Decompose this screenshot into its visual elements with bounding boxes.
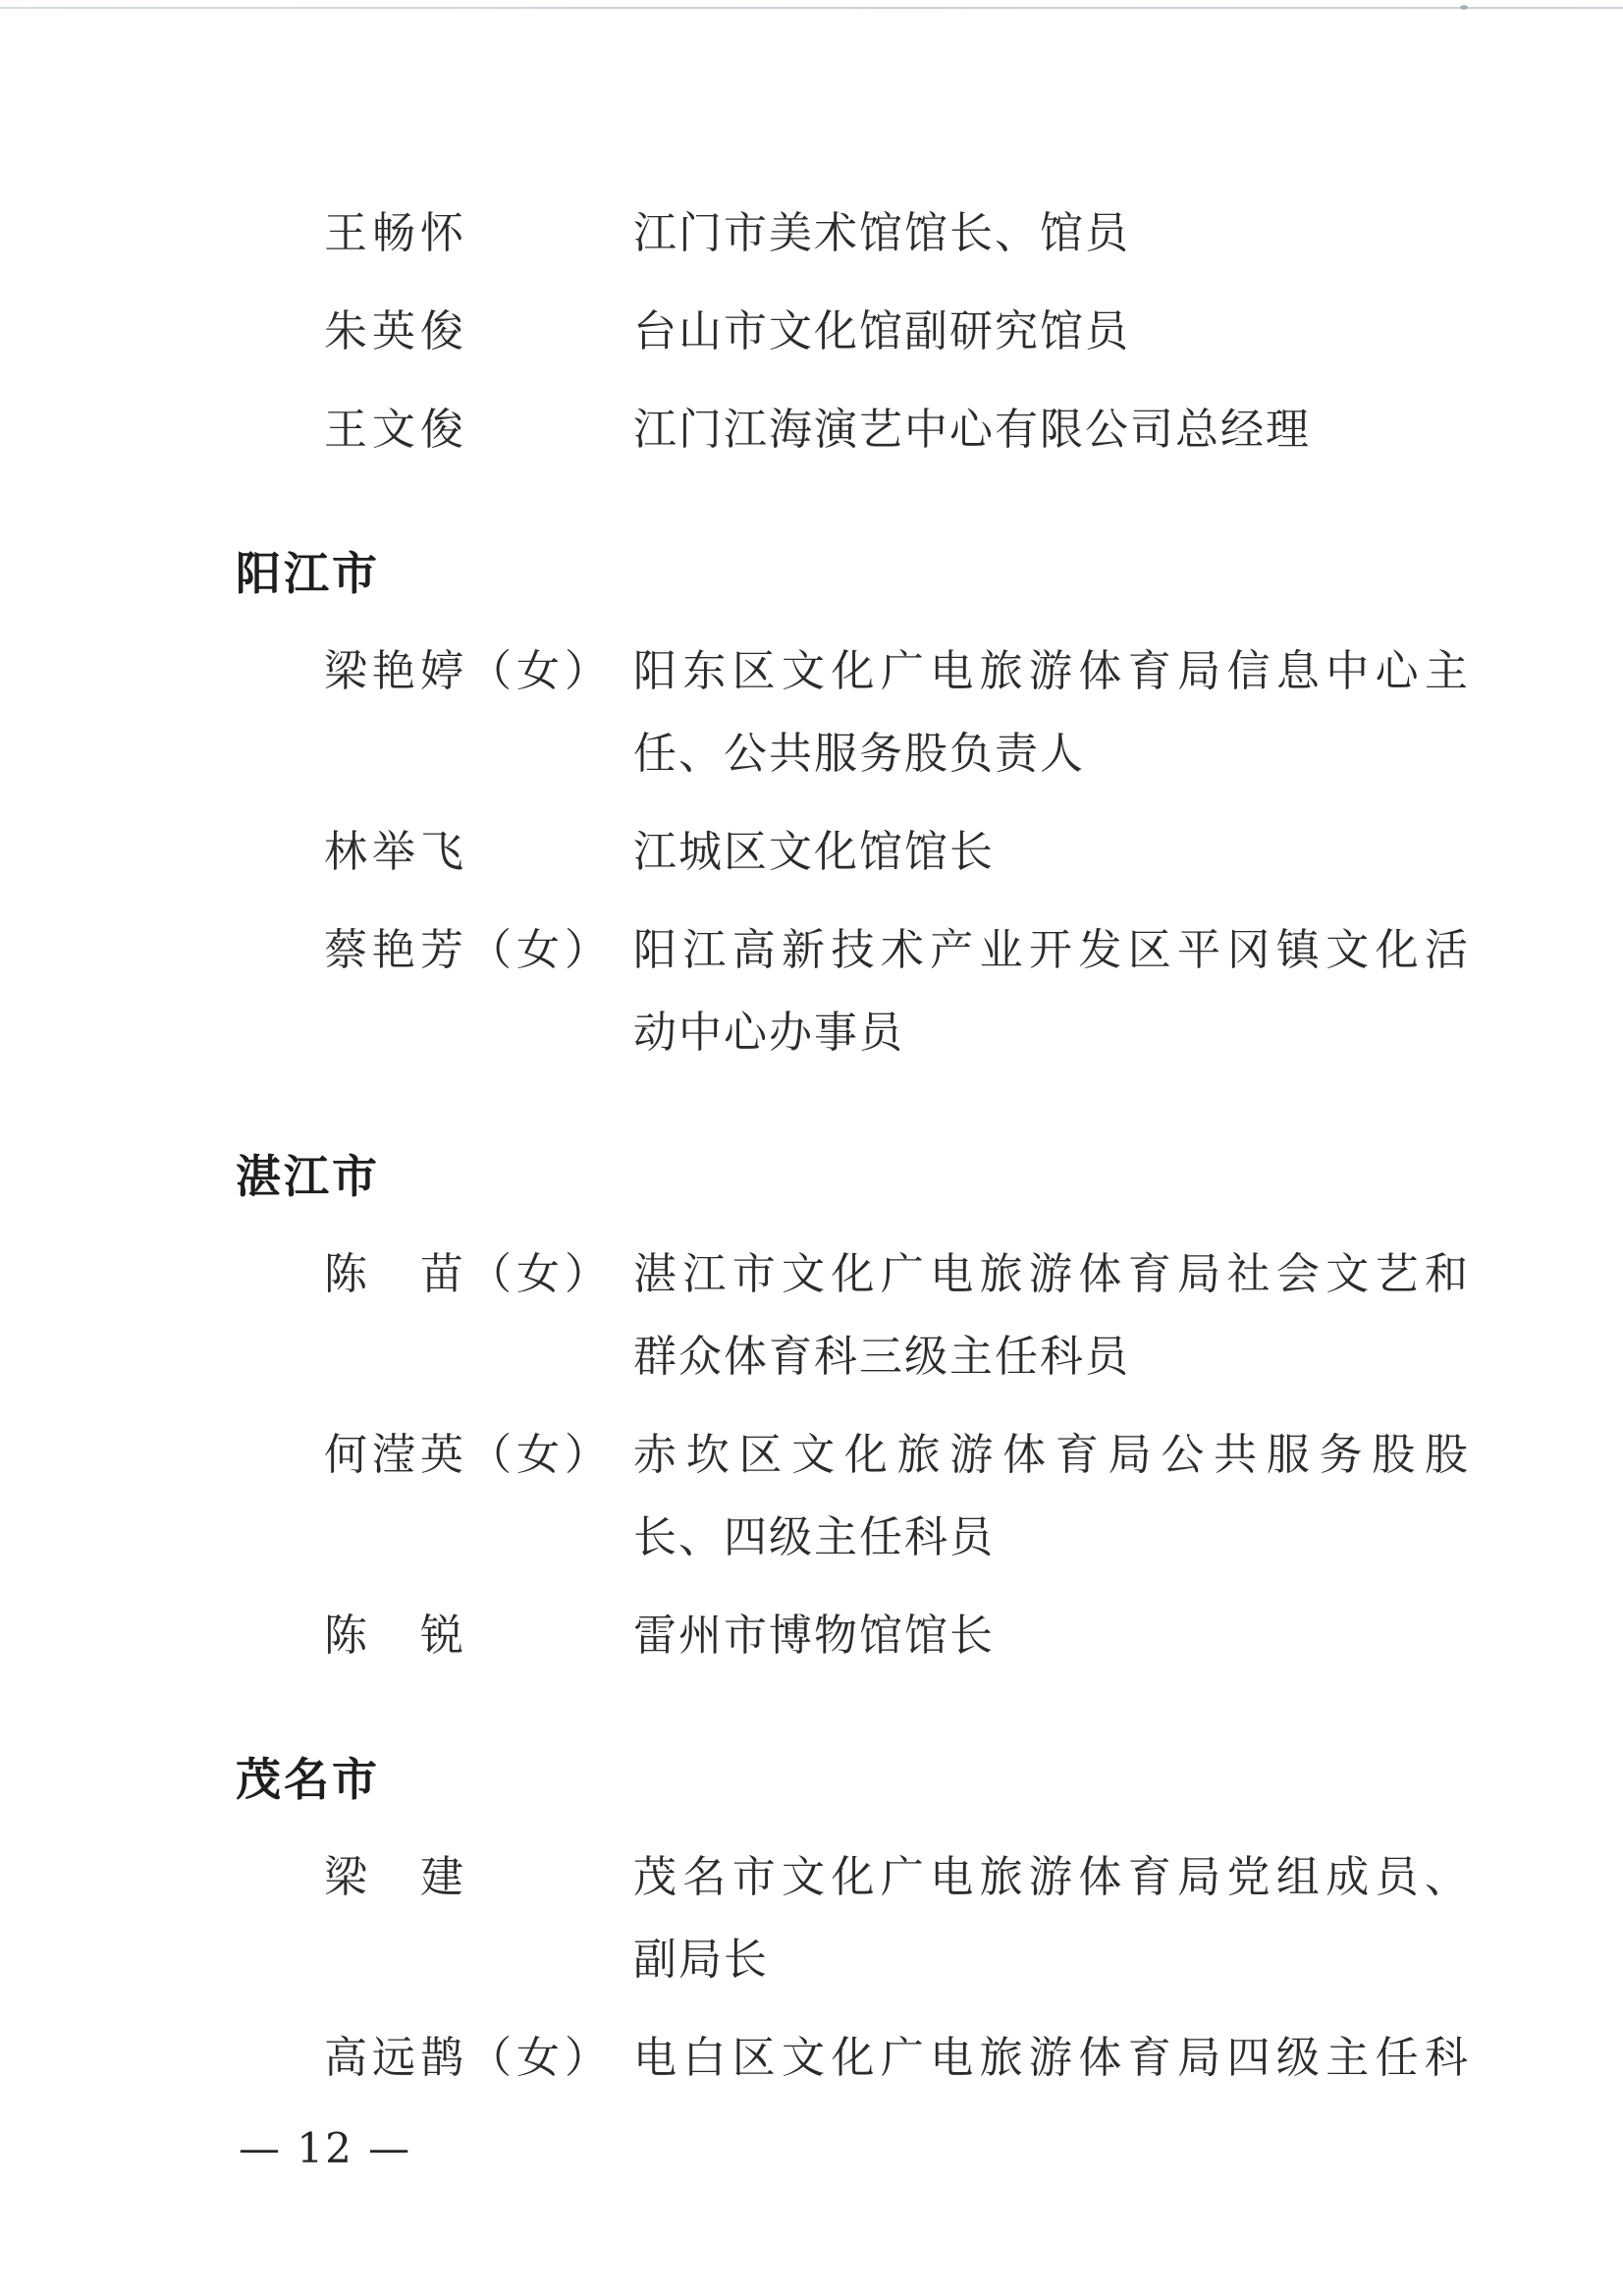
awardee-name: 王文俊 [324,389,633,471]
awardee-title-line: 湛江市文化广电旅游体育局社会文艺和 [633,1233,1468,1316]
awards-name-list: 王畅怀 江门市美术馆馆长、馆员 朱英俊 台山市文化馆副研究馆员 王文俊 江门江海… [236,192,1483,2115]
awardee-title-line: 阳江高新技术产业开发区平冈镇文化活 [633,909,1468,992]
award-entry: 蔡艳芳（女） 阳江高新技术产业开发区平冈镇文化活 动中心办事员 [324,909,1483,1074]
awardee-title-line: 动中心办事员 [633,992,1468,1074]
section-yangjiang: 阳江市 梁艳婷（女） 阳东区文化广电旅游体育局信息中心主 任、公共服务股负责人 … [236,532,1483,1074]
awardee-title: 阳江高新技术产业开发区平冈镇文化活 动中心办事员 [633,909,1468,1074]
awardee-title: 电白区文化广电旅游体育局四级主任科 [633,2017,1468,2100]
award-entry: 梁艳婷（女） 阳东区文化广电旅游体育局信息中心主 任、公共服务股负责人 [324,630,1483,795]
city-header-yangjiang: 阳江市 [236,532,1483,615]
awardee-title-line: 江城区文化馆馆长 [633,811,1468,894]
award-entry: 陈 苗（女） 湛江市文化广电旅游体育局社会文艺和 群众体育科三级主任科员 [324,1233,1483,1398]
award-entry: 林举飞 江城区文化馆馆长 [324,811,1483,894]
awardee-title: 赤坎区文化旅游体育局公共服务股股 长、四级主任科员 [633,1414,1468,1579]
awardee-title-line: 副局长 [633,1919,1468,2001]
awardee-name: 梁艳婷（女） [324,630,633,713]
awardee-title: 江门江海演艺中心有限公司总经理 [633,389,1468,471]
awardee-title-line: 长、四级主任科员 [633,1497,1468,1579]
scan-artifact-dot [1460,5,1468,10]
document-page: 王畅怀 江门市美术馆馆长、馆员 朱英俊 台山市文化馆副研究馆员 王文俊 江门江海… [0,0,1623,2296]
awardee-name: 蔡艳芳（女） [324,909,633,992]
awardee-title-line: 江门市美术馆馆长、馆员 [633,192,1468,275]
awardee-title: 江门市美术馆馆长、馆员 [633,192,1468,275]
awardee-title-line: 茂名市文化广电旅游体育局党组成员、 [633,1836,1468,1919]
city-header-zhanjiang: 湛江市 [236,1135,1483,1218]
award-entry: 高远鹊（女） 电白区文化广电旅游体育局四级主任科 [324,2017,1483,2100]
award-entry: 陈 锐 雷州市博物馆馆长 [324,1595,1483,1677]
awardee-name: 梁 建 [324,1836,633,1919]
awardee-title-line: 群众体育科三级主任科员 [633,1316,1468,1398]
awardee-title-line: 任、公共服务股负责人 [633,713,1468,795]
page-number: — 12 — [239,2119,411,2178]
awardee-name: 林举飞 [324,811,633,894]
section-zhanjiang: 湛江市 陈 苗（女） 湛江市文化广电旅游体育局社会文艺和 群众体育科三级主任科员… [236,1135,1483,1677]
award-entry: 王畅怀 江门市美术馆馆长、馆员 [324,192,1483,275]
awardee-name: 何滢英（女） [324,1414,633,1497]
awardee-name: 陈 锐 [324,1595,633,1677]
awardee-name: 朱英俊 [324,291,633,373]
awardee-title-line: 电白区文化广电旅游体育局四级主任科 [633,2017,1468,2100]
section-maoming: 茂名市 梁 建 茂名市文化广电旅游体育局党组成员、 副局长 高远鹊（女） 电白区… [236,1738,1483,2100]
awardee-title-line: 江门江海演艺中心有限公司总经理 [633,389,1468,471]
awardee-title: 江城区文化馆馆长 [633,811,1468,894]
award-entry: 梁 建 茂名市文化广电旅游体育局党组成员、 副局长 [324,1836,1483,2001]
award-entry: 王文俊 江门江海演艺中心有限公司总经理 [324,389,1483,471]
awardee-title-line: 雷州市博物馆馆长 [633,1595,1468,1677]
awardee-title: 湛江市文化广电旅游体育局社会文艺和 群众体育科三级主任科员 [633,1233,1468,1398]
awardee-name: 王畅怀 [324,192,633,275]
awardee-name: 高远鹊（女） [324,2017,633,2100]
section-jiangmen-continued: 王畅怀 江门市美术馆馆长、馆员 朱英俊 台山市文化馆副研究馆员 王文俊 江门江海… [236,192,1483,471]
city-header-maoming: 茂名市 [236,1738,1483,1821]
award-entry: 朱英俊 台山市文化馆副研究馆员 [324,291,1483,373]
scan-artifact-line [0,7,1623,9]
awardee-title: 雷州市博物馆馆长 [633,1595,1468,1677]
awardee-title: 茂名市文化广电旅游体育局党组成员、 副局长 [633,1836,1468,2001]
awardee-name: 陈 苗（女） [324,1233,633,1316]
awardee-title-line: 台山市文化馆副研究馆员 [633,291,1468,373]
awardee-title-line: 阳东区文化广电旅游体育局信息中心主 [633,630,1468,713]
awardee-title-line: 赤坎区文化旅游体育局公共服务股股 [633,1414,1468,1497]
award-entry: 何滢英（女） 赤坎区文化旅游体育局公共服务股股 长、四级主任科员 [324,1414,1483,1579]
awardee-title: 台山市文化馆副研究馆员 [633,291,1468,373]
awardee-title: 阳东区文化广电旅游体育局信息中心主 任、公共服务股负责人 [633,630,1468,795]
